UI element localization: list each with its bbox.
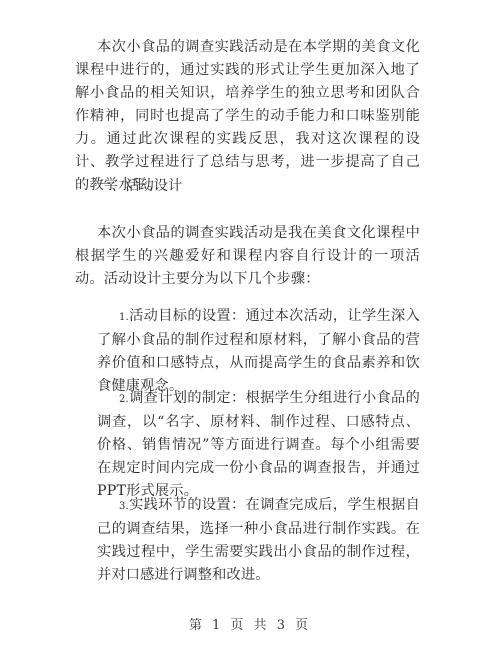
list-number: 2. — [119, 394, 129, 405]
list-item-step-3: 3.实践环节的设置：在调查完成后，学生根据自己的调查结果，选择一种小食品进行制作… — [97, 494, 420, 587]
list-item-text: 活动目标的设置：通过本次活动，让学生深入了解小食品的制作过程和原材料，了解小食品… — [97, 308, 420, 394]
page-indicator: 第 1 页 共 3 页 — [0, 614, 500, 633]
list-number: 3. — [119, 501, 129, 512]
section-heading: 一、活动设计 — [97, 175, 182, 198]
list-item-step-1: 1.活动目标的设置：通过本次活动，让学生深入了解小食品的制作过程和原材料，了解小… — [97, 305, 420, 398]
list-item-text: 实践环节的设置：在调查完成后，学生根据自己的调查结果，选择一种小食品进行制作实践… — [97, 497, 420, 583]
intro-paragraph: 本次小食品的调查实践活动是在本学期的美食文化课程中进行的，通过实践的形式让学生更… — [75, 36, 420, 197]
list-item-step-2: 2.调查计划的制定：根据学生分组进行小食品的调查，以“名字、原材料、制作过程、口… — [97, 387, 420, 503]
list-number: 1. — [119, 312, 129, 323]
section-intro-paragraph: 本次小食品的调查实践活动是我在美食文化课程中根据学生的兴趣爱好和课程内容自行设计… — [75, 222, 420, 291]
list-item-text: 调查计划的制定：根据学生分组进行小食品的调查，以“名字、原材料、制作过程、口感特… — [97, 390, 420, 499]
document-page: 本次小食品的调查实践活动是在本学期的美食文化课程中进行的，通过实践的形式让学生更… — [0, 0, 500, 647]
